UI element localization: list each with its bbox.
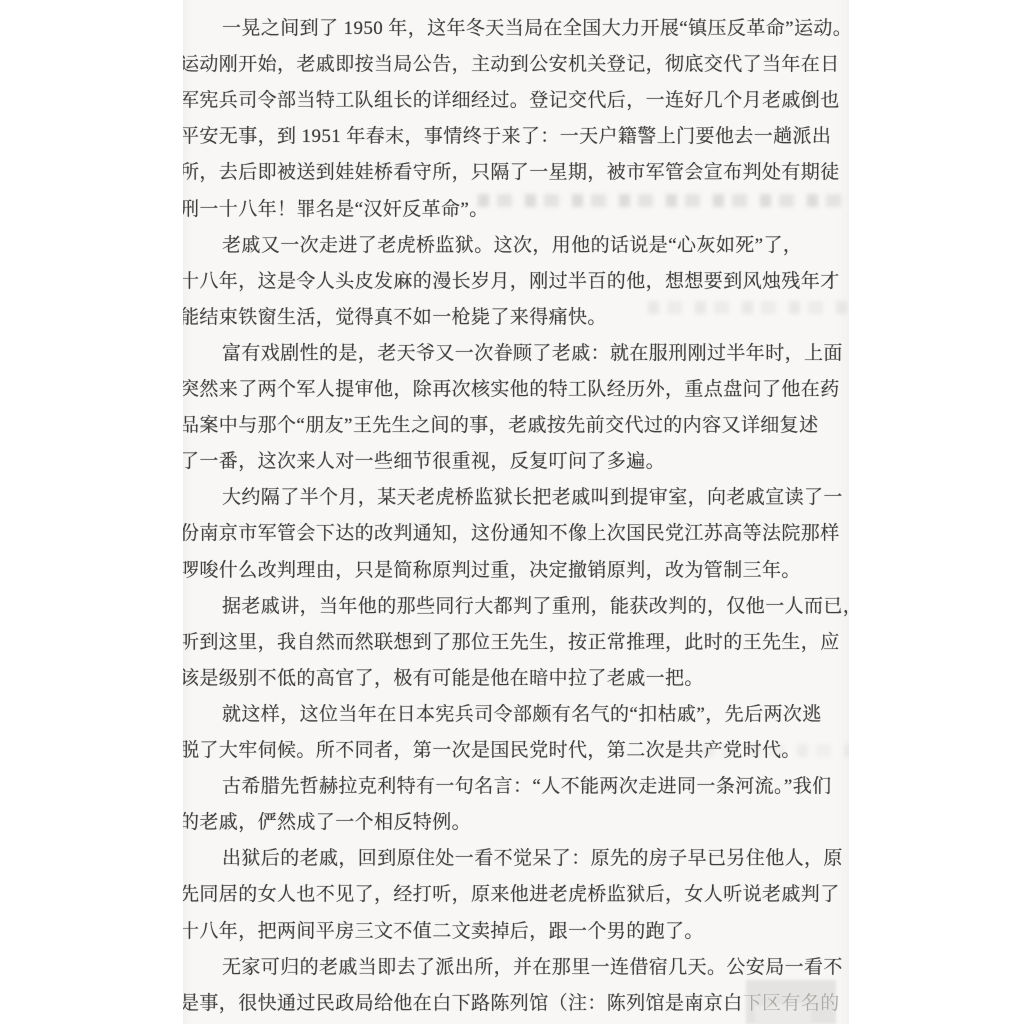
text-column: 一晃之间到了 1950 年，这年冬天当局在全国大力开展“镇压反革命”运动。运动刚…: [183, 0, 849, 1024]
text-line: 军宪兵司令部当特工队组长的详细经过。登记交代后，一连好几个月老戚倒也: [183, 88, 840, 114]
text-line: 大约隔了半个月，某天老虎桥监狱长把老戚叫到提审室，向老戚宣读了一: [222, 485, 843, 511]
text-line: 就这样，这位当年在日本宪兵司令部颇有名气的“扣枯戚”，先后两次逃: [222, 702, 822, 728]
text-line: 品案中与那个“朋友”王先生之间的事，老戚按先前交代过的内容又详细复述: [183, 413, 818, 439]
text-line: 先同居的女人也不见了，经打听，原来他进老虎桥监狱后，女人听说老戚判了: [183, 882, 840, 908]
text-line: 份南京市军管会下达的改判通知，这份通知不像上次国民党江苏高等法院那样: [183, 521, 840, 547]
text-line: 所，去后即被送到娃娃桥看守所，只隔了一星期，被市军管会宣布判处有期徒: [183, 160, 840, 186]
text-line: 的老戚，俨然成了一个相反特例。: [183, 810, 471, 836]
text-line: 富有戏剧性的是，老天爷又一次眷顾了老戚：就在服刑刚过半年时，上面: [222, 341, 843, 367]
text-line: 无家可归的老戚当即去了派出所，并在那里一连借宿几天。公安局一看不: [222, 955, 843, 981]
text-line: 脱了大牢伺候。所不同者，第一次是国民党时代，第二次是共产党时代。: [183, 738, 801, 764]
text-line: 老戚又一次走进了老虎桥监狱。这次，用他的话说是“心灰如死”了，: [222, 233, 802, 259]
scanned-page: 一晃之间到了 1950 年，这年冬天当局在全国大力开展“镇压反革命”运动。运动刚…: [183, 0, 849, 1024]
text-line: 刑一十八年！罪名是“汉奸反革命”。: [183, 197, 489, 223]
screenshot-canvas: 一晃之间到了 1950 年，这年冬天当局在全国大力开展“镇压反革命”运动。运动刚…: [0, 0, 1024, 1024]
text-line: 平安无事，到 1951 年春末，事情终于来了：一天户籍警上门要他去一趟派出: [183, 124, 831, 150]
text-line: 听到这里，我自然而然联想到了那位王先生，按正常推理，此时的王先生，应: [183, 630, 840, 656]
text-line: 出狱后的老戚，回到原住处一看不觉呆了：原先的房子早已另住他人，原: [222, 846, 843, 872]
text-line: 能结束铁窗生活，觉得真不如一枪毙了来得痛快。: [183, 305, 607, 331]
text-line: 了一番，这次来人对一些细节很重视，反复叮问了多遍。: [183, 449, 665, 475]
faded-text-under-patch: 下区有名的: [743, 993, 840, 1014]
text-line: 运动刚开始，老戚即按当局公告，主动到公安机关登记，彻底交代了当年在日: [183, 52, 840, 78]
text-line: 一晃之间到了 1950 年，这年冬天当局在全国大力开展“镇压反革命”运动。: [222, 16, 849, 42]
text-line: 突然来了两个军人提审他，除再次核实他的特工队经历外，重点盘问了他在药: [183, 377, 840, 403]
text-line: 十八年，这是令人头皮发麻的漫长岁月，刚过半百的他，想想要到风烛残年才: [183, 269, 840, 295]
text-line: 是事，很快通过民政局给他在白下路陈列馆（注：陈列馆是南京白下区有名的: [183, 991, 840, 1017]
text-line: 啰唆什么改判理由，只是简称原判过重，决定撤销原判，改为管制三年。: [183, 558, 801, 584]
text-line: 该是级别不低的高官了，极有可能是他在暗中拉了老戚一把。: [183, 666, 704, 692]
text-line: 据老戚讲，当年他的那些同行大都判了重刑，能获改判的，仅他一人而已，: [222, 594, 849, 620]
text-line: 古希腊先哲赫拉克利特有一句名言：“人不能两次走进同一条河流。”我们: [222, 774, 832, 800]
text-line: 十八年，把两间平房三文不值二文卖掉后，跟一个男的跑了。: [183, 919, 704, 945]
